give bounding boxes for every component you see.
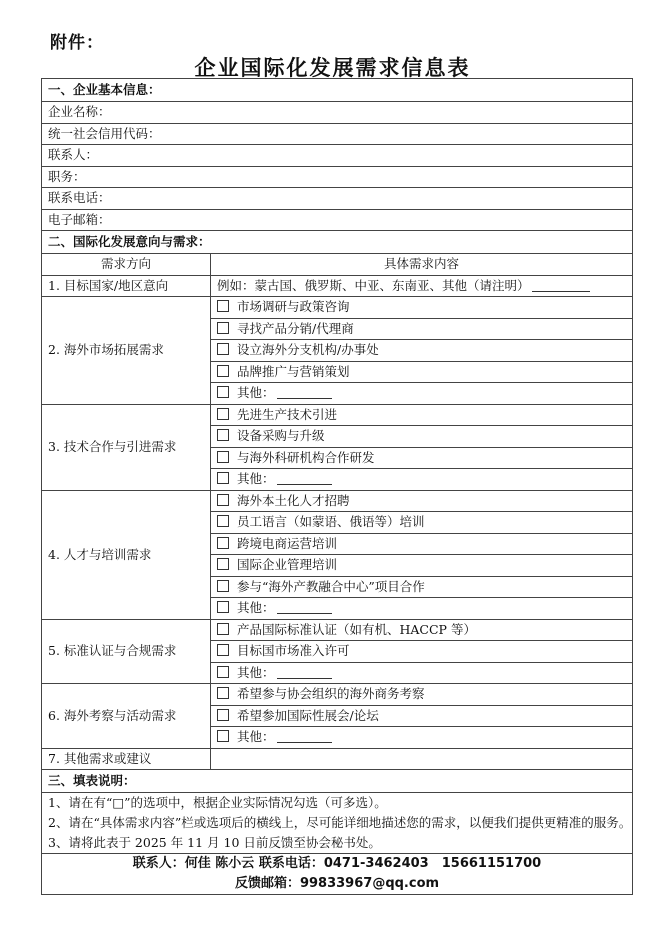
- field-company-name[interactable]: 企业名称：: [42, 102, 633, 124]
- example-text: 例如：蒙古国、俄罗斯、中亚、东南亚、其他（请注明）: [217, 278, 530, 293]
- option-label: 希望参与协会组织的海外商务考察: [237, 686, 425, 701]
- section2-heading: 二、国际化发展意向与需求：: [42, 231, 633, 254]
- instruction-2: 2、请在“具体需求内容”栏或选项后的横线上，尽可能详细地描述您的需求，以便我们提…: [48, 813, 626, 833]
- fill-blank-line[interactable]: [277, 666, 332, 679]
- direction-target-country: 1. 目标国家/地区意向: [42, 275, 211, 297]
- col-header-content: 具体需求内容: [211, 254, 633, 276]
- checkbox-icon[interactable]: [217, 300, 229, 312]
- checkbox-icon[interactable]: [217, 322, 229, 334]
- option-item-other[interactable]: 其他：: [211, 598, 633, 620]
- section1-heading: 一、企业基本信息：: [42, 79, 633, 102]
- checkbox-icon[interactable]: [217, 515, 229, 527]
- option-label: 先进生产技术引进: [237, 407, 337, 422]
- instruction-1: 1、请在有“□”的选项中，根据企业实际情况勾选（可多选）。: [48, 793, 626, 813]
- fill-blank-line[interactable]: [277, 386, 332, 399]
- option-label: 希望参加国际性展会/论坛: [237, 708, 379, 723]
- contact-persons-phone: 联系人：何佳 陈小云 联系电话：0471-3462403 15661151700: [48, 854, 626, 874]
- option-label: 其他：: [237, 600, 275, 615]
- col-header-direction: 需求方向: [42, 254, 211, 276]
- option-item[interactable]: 设立海外分支机构/办事处: [211, 340, 633, 362]
- option-label: 设立海外分支机构/办事处: [237, 342, 379, 357]
- option-label: 寻找产品分销/代理商: [237, 321, 354, 336]
- option-item-other[interactable]: 其他：: [211, 469, 633, 491]
- option-item[interactable]: 寻找产品分销/代理商: [211, 318, 633, 340]
- checkbox-icon[interactable]: [217, 709, 229, 721]
- option-item[interactable]: 产品国际标准认证（如有机、HACCP 等）: [211, 619, 633, 641]
- field-position[interactable]: 职务：: [42, 166, 633, 188]
- fill-blank-line[interactable]: [532, 279, 590, 292]
- target-country-input[interactable]: 例如：蒙古国、俄罗斯、中亚、东南亚、其他（请注明）: [211, 275, 633, 297]
- direction-certification: 5. 标准认证与合规需求: [42, 619, 211, 684]
- field-label: 统一社会信用代码：: [48, 126, 161, 141]
- field-phone[interactable]: 联系电话：: [42, 188, 633, 210]
- needs-form-table: 一、企业基本信息： 企业名称： 统一社会信用代码： 联系人： 职务： 联系电话：…: [41, 78, 633, 895]
- section3-heading: 三、填表说明：: [42, 770, 633, 793]
- option-label: 跨境电商运营培训: [237, 536, 337, 551]
- option-label: 员工语言（如蒙语、俄语等）培训: [237, 514, 425, 529]
- option-item[interactable]: 参与“海外产教融合中心”项目合作: [211, 576, 633, 598]
- checkbox-icon[interactable]: [217, 558, 229, 570]
- option-label: 品牌推广与营销策划: [237, 364, 350, 379]
- checkbox-icon[interactable]: [217, 580, 229, 592]
- checkbox-icon[interactable]: [217, 666, 229, 678]
- checkbox-icon[interactable]: [217, 472, 229, 484]
- option-item[interactable]: 品牌推广与营销策划: [211, 361, 633, 383]
- field-label: 联系电话：: [48, 190, 111, 205]
- option-label: 其他：: [237, 471, 275, 486]
- attachment-label: 附件：: [50, 28, 104, 53]
- option-item[interactable]: 先进生产技术引进: [211, 404, 633, 426]
- field-label: 职务：: [48, 169, 86, 184]
- option-label: 产品国际标准认证（如有机、HACCP 等）: [237, 622, 476, 637]
- checkbox-icon[interactable]: [217, 537, 229, 549]
- option-label: 与海外科研机构合作研发: [237, 450, 375, 465]
- option-item[interactable]: 国际企业管理培训: [211, 555, 633, 577]
- option-label: 目标国市场准入许可: [237, 643, 350, 658]
- checkbox-icon[interactable]: [217, 494, 229, 506]
- checkbox-icon[interactable]: [217, 730, 229, 742]
- direction-tech-cooperation: 3. 技术合作与引进需求: [42, 404, 211, 490]
- option-label: 海外本土化人才招聘: [237, 493, 350, 508]
- direction-market-expansion: 2. 海外市场拓展需求: [42, 297, 211, 405]
- feedback-email: 反馈邮箱：99833967@qq.com: [48, 874, 626, 894]
- option-label: 参与“海外产教融合中心”项目合作: [237, 579, 425, 594]
- checkbox-icon[interactable]: [217, 644, 229, 656]
- instructions: 1、请在有“□”的选项中，根据企业实际情况勾选（可多选）。 2、请在“具体需求内…: [42, 793, 633, 854]
- checkbox-icon[interactable]: [217, 429, 229, 441]
- direction-talent-training: 4. 人才与培训需求: [42, 490, 211, 619]
- option-item[interactable]: 跨境电商运营培训: [211, 533, 633, 555]
- option-item-other[interactable]: 其他：: [211, 383, 633, 405]
- option-label: 国际企业管理培训: [237, 557, 337, 572]
- option-item-other[interactable]: 其他：: [211, 662, 633, 684]
- option-label: 其他：: [237, 729, 275, 744]
- checkbox-icon[interactable]: [217, 386, 229, 398]
- field-email[interactable]: 电子邮箱：: [42, 209, 633, 231]
- checkbox-icon[interactable]: [217, 365, 229, 377]
- field-label: 企业名称：: [48, 104, 111, 119]
- checkbox-icon[interactable]: [217, 408, 229, 420]
- option-label: 设备采购与升级: [237, 428, 325, 443]
- contact-info: 联系人：何佳 陈小云 联系电话：0471-3462403 15661151700…: [42, 854, 633, 895]
- option-item[interactable]: 市场调研与政策咨询: [211, 297, 633, 319]
- checkbox-icon[interactable]: [217, 451, 229, 463]
- fill-blank-line[interactable]: [277, 730, 332, 743]
- fill-blank-line[interactable]: [277, 601, 332, 614]
- option-label: 其他：: [237, 385, 275, 400]
- option-item[interactable]: 与海外科研机构合作研发: [211, 447, 633, 469]
- field-label: 电子邮箱：: [48, 212, 111, 227]
- checkbox-icon[interactable]: [217, 343, 229, 355]
- instruction-3: 3、请将此表于 2025 年 11 月 10 日前反馈至协会秘书处。: [48, 833, 626, 853]
- direction-other-suggestions: 7. 其他需求或建议: [42, 748, 211, 770]
- checkbox-icon[interactable]: [217, 601, 229, 613]
- option-item[interactable]: 希望参与协会组织的海外商务考察: [211, 684, 633, 706]
- field-credit-code[interactable]: 统一社会信用代码：: [42, 123, 633, 145]
- field-contact-person[interactable]: 联系人：: [42, 145, 633, 167]
- checkbox-icon[interactable]: [217, 687, 229, 699]
- option-item[interactable]: 设备采购与升级: [211, 426, 633, 448]
- direction-overseas-visits: 6. 海外考察与活动需求: [42, 684, 211, 749]
- option-label: 其他：: [237, 665, 275, 680]
- field-label: 联系人：: [48, 147, 98, 162]
- option-item[interactable]: 目标国市场准入许可: [211, 641, 633, 663]
- fill-blank-line[interactable]: [277, 472, 332, 485]
- option-label: 市场调研与政策咨询: [237, 299, 350, 314]
- option-item[interactable]: 希望参加国际性展会/论坛: [211, 705, 633, 727]
- option-item[interactable]: 海外本土化人才招聘: [211, 490, 633, 512]
- checkbox-icon[interactable]: [217, 623, 229, 635]
- other-suggestions-input[interactable]: [211, 748, 633, 770]
- option-item[interactable]: 员工语言（如蒙语、俄语等）培训: [211, 512, 633, 534]
- option-item-other[interactable]: 其他：: [211, 727, 633, 749]
